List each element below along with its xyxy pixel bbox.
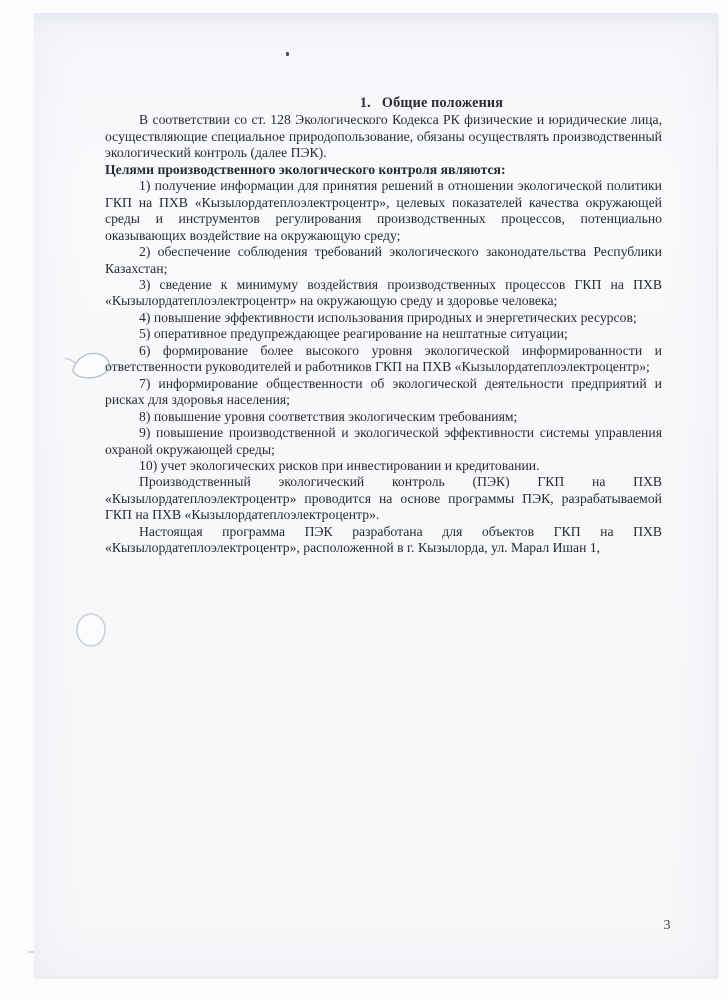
- document-page: 1.Общие положения В соответствии со ст. …: [34, 13, 717, 977]
- goal-item-10: 10) учет экологических рисков при инвест…: [105, 458, 662, 474]
- goal-item-2: 2) обеспечение соблюдения требований эко…: [105, 244, 662, 277]
- goal-item-5: 5) оперативное предупреждающее реагирова…: [105, 326, 662, 342]
- paragraph-intro: В соответствии со ст. 128 Экологического…: [105, 112, 662, 161]
- heading-text: Общие положения: [382, 95, 503, 111]
- scan-background: 1.Общие положения В соответствии со ст. …: [0, 0, 727, 1000]
- goal-item-3: 3) сведение к минимуму воздействия произ…: [105, 277, 662, 310]
- document-content: 1.Общие положения В соответствии со ст. …: [105, 95, 662, 557]
- section-heading: 1.Общие положения: [105, 95, 662, 111]
- goals-heading: Целями производственного экологического …: [105, 162, 662, 178]
- paragraph-pek-objects: Настоящая программа ПЭК разработана для …: [105, 524, 662, 557]
- goal-item-4: 4) повышение эффективности использования…: [105, 310, 662, 326]
- paragraph-pek-basis: Производственный экологический контроль …: [105, 474, 662, 523]
- ink-speck: [286, 52, 289, 56]
- punch-hole-bottom-icon: [72, 608, 112, 654]
- goal-item-6: 6) формирование более высокого уровня эк…: [105, 343, 662, 376]
- page-number: 3: [652, 918, 682, 934]
- goal-item-1: 1) получение информации для принятия реш…: [105, 178, 662, 244]
- goal-item-8: 8) повышение уровня соответствия экологи…: [105, 409, 662, 425]
- goal-item-7: 7) информирование общественности об экол…: [105, 376, 662, 409]
- heading-number: 1.: [360, 95, 371, 111]
- goal-item-9: 9) повышение производственной и экологич…: [105, 425, 662, 458]
